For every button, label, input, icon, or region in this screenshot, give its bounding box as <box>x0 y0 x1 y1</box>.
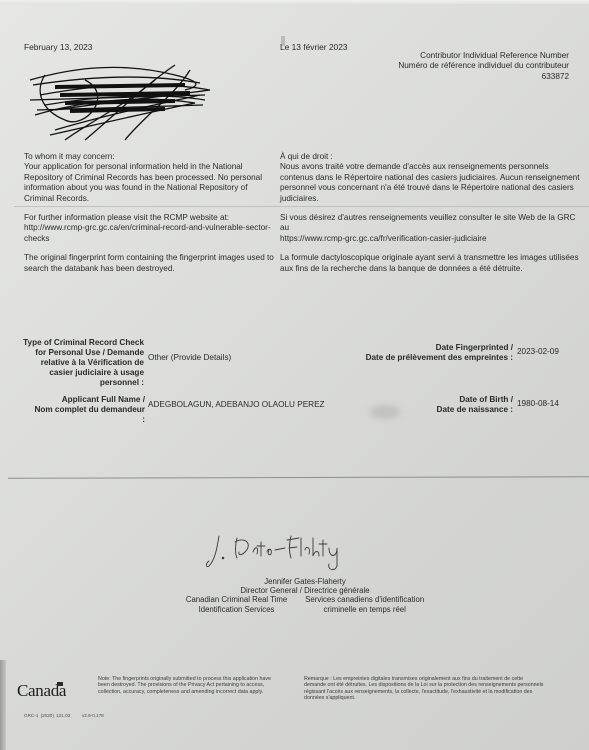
dob-label-en: Date of Birth / <box>410 395 513 405</box>
canada-flag-icon <box>57 682 63 686</box>
body-english: To whom it may concern: Your application… <box>24 152 279 283</box>
applicant-name-label-fr: Nom complet du demandeur : <box>30 405 145 425</box>
dob-label: Date of Birth / Date de naissance : <box>410 395 513 415</box>
rcmp-link-fr[interactable]: https://www.rcmp-grc.gc.ca/fr/verificati… <box>280 234 580 244</box>
destroyed-note-en: The original fingerprint form containing… <box>24 253 279 274</box>
date-fingerprinted-label-fr: Date de prélèvement des empreintes : <box>355 353 513 363</box>
service-en-line1: Canadian Criminal Real Time <box>186 595 287 604</box>
form-code: GRC-1 (2020) 121.03 <box>24 713 70 718</box>
signatory-block: Jennifer Gates-Flaherty Director General… <box>180 577 430 614</box>
form-version: v2.6-0.178 <box>82 713 104 718</box>
body-french: À qui de droit : Nous avons traité votre… <box>280 152 580 283</box>
reference-label-en: Contributor Individual Reference Number <box>398 51 569 61</box>
info-line-en: For further information please visit the… <box>24 213 279 223</box>
paper-left-edge <box>0 660 6 750</box>
reference-label-fr: Numéro de référence individuel du contri… <box>398 61 569 71</box>
date-fingerprinted-label-en: Date Fingerprinted / <box>355 343 513 353</box>
footer-note-en: Note: The fingerprints originally submit… <box>98 676 274 695</box>
redacted-address-scribble <box>25 55 215 145</box>
dob-value: 1980-08-14 <box>517 399 559 408</box>
salutation-en: To whom it may concern: <box>24 152 279 162</box>
applicant-name-label: Applicant Full Name / Nom complet du dem… <box>30 395 145 425</box>
signatory-name: Jennifer Gates-Flaherty <box>180 577 430 586</box>
salutation-fr: À qui de droit : <box>280 152 580 162</box>
service-name-fr: Services canadiens d'identification crim… <box>305 595 424 613</box>
footer-note-fr: Remarque : Les empreintes digitales tran… <box>304 676 544 702</box>
signatory-title: Director General / Directrice générale <box>180 586 430 595</box>
paper-top-edge <box>0 0 589 4</box>
date-french: Le 13 février 2023 <box>280 42 348 52</box>
reference-block: Contributor Individual Reference Number … <box>398 51 569 82</box>
service-fr-line2: criminelle en temps réel <box>305 605 424 614</box>
check-type-label: Type of Criminal Record Check for Person… <box>22 338 144 388</box>
service-en-line2: Identification Services <box>186 605 287 614</box>
applicant-name-value: ADEGBOLAGUN, ADEBANJO OLAOLU PEREZ <box>148 400 325 409</box>
reference-number: 633872 <box>398 72 569 82</box>
result-paragraph-fr: Nous avons traité votre demande d'accès … <box>280 162 580 204</box>
applicant-name-label-en: Applicant Full Name / <box>30 395 145 405</box>
destroyed-note-fr: La formule dactyloscopique originale aya… <box>280 253 580 274</box>
info-line-fr: Si vous désirez d'autres renseignements … <box>280 213 580 234</box>
date-english: February 13, 2023 <box>24 42 92 52</box>
service-name-en: Canadian Criminal Real Time Identificati… <box>186 595 287 613</box>
page-fold-rule <box>8 476 589 479</box>
result-paragraph-en: Your application for personal informatio… <box>24 162 279 204</box>
photo-shadow <box>370 405 400 419</box>
service-fr-line1: Services canadiens d'identification <box>305 595 424 604</box>
date-fingerprinted-value: 2023-02-09 <box>517 347 559 356</box>
date-fingerprinted-label: Date Fingerprinted / Date de prélèvement… <box>355 343 513 363</box>
service-name: Canadian Criminal Real Time Identificati… <box>180 595 430 613</box>
rcmp-link-en[interactable]: http://www.rcmp-grc.gc.ca/en/criminal-re… <box>24 223 279 244</box>
handwritten-signature <box>205 528 355 573</box>
dob-label-fr: Date de naissance : <box>410 405 513 415</box>
check-type-value: Other (Provide Details) <box>148 353 231 362</box>
